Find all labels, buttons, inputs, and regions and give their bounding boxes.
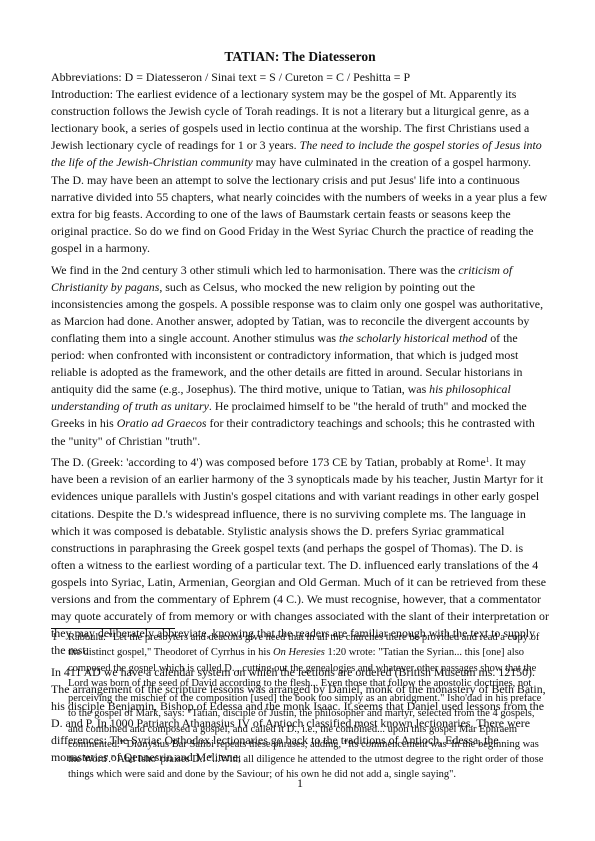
text-run: The D. (Greek: 'according to 4') was com…: [51, 455, 486, 469]
italic-phrase: the scholarly historical method: [339, 331, 487, 345]
page-number: 1: [51, 776, 549, 791]
footnote-separator: [51, 628, 175, 629]
footnote: 1 Rabbula: "Let the presbyters and deaco…: [51, 630, 549, 783]
footnote-text: Rabbula: "Let the presbyters and deacons…: [68, 630, 549, 783]
text-run: We find in the 2nd century 3 other stimu…: [51, 263, 458, 277]
text-run: . It may have been a revision of an earl…: [51, 455, 549, 657]
italic-title: Oratio ad Graecos: [117, 416, 207, 430]
abbreviations-line: Abbreviations: D = Diatesseron / Sinai t…: [51, 69, 549, 86]
paragraph-introduction: Introduction: The earliest evidence of a…: [51, 86, 549, 257]
paragraph-stimuli: We find in the 2nd century 3 other stimu…: [51, 262, 549, 450]
text-run: 1:20 wrote: "Tatian the Syrian... this […: [68, 647, 543, 780]
page-title: TATIAN: The Diatesseron: [51, 49, 549, 65]
footnote-number: 1: [52, 630, 57, 645]
text-run: may have culminated in the creation of a…: [51, 155, 547, 254]
italic-title: On Heresies: [273, 647, 325, 658]
